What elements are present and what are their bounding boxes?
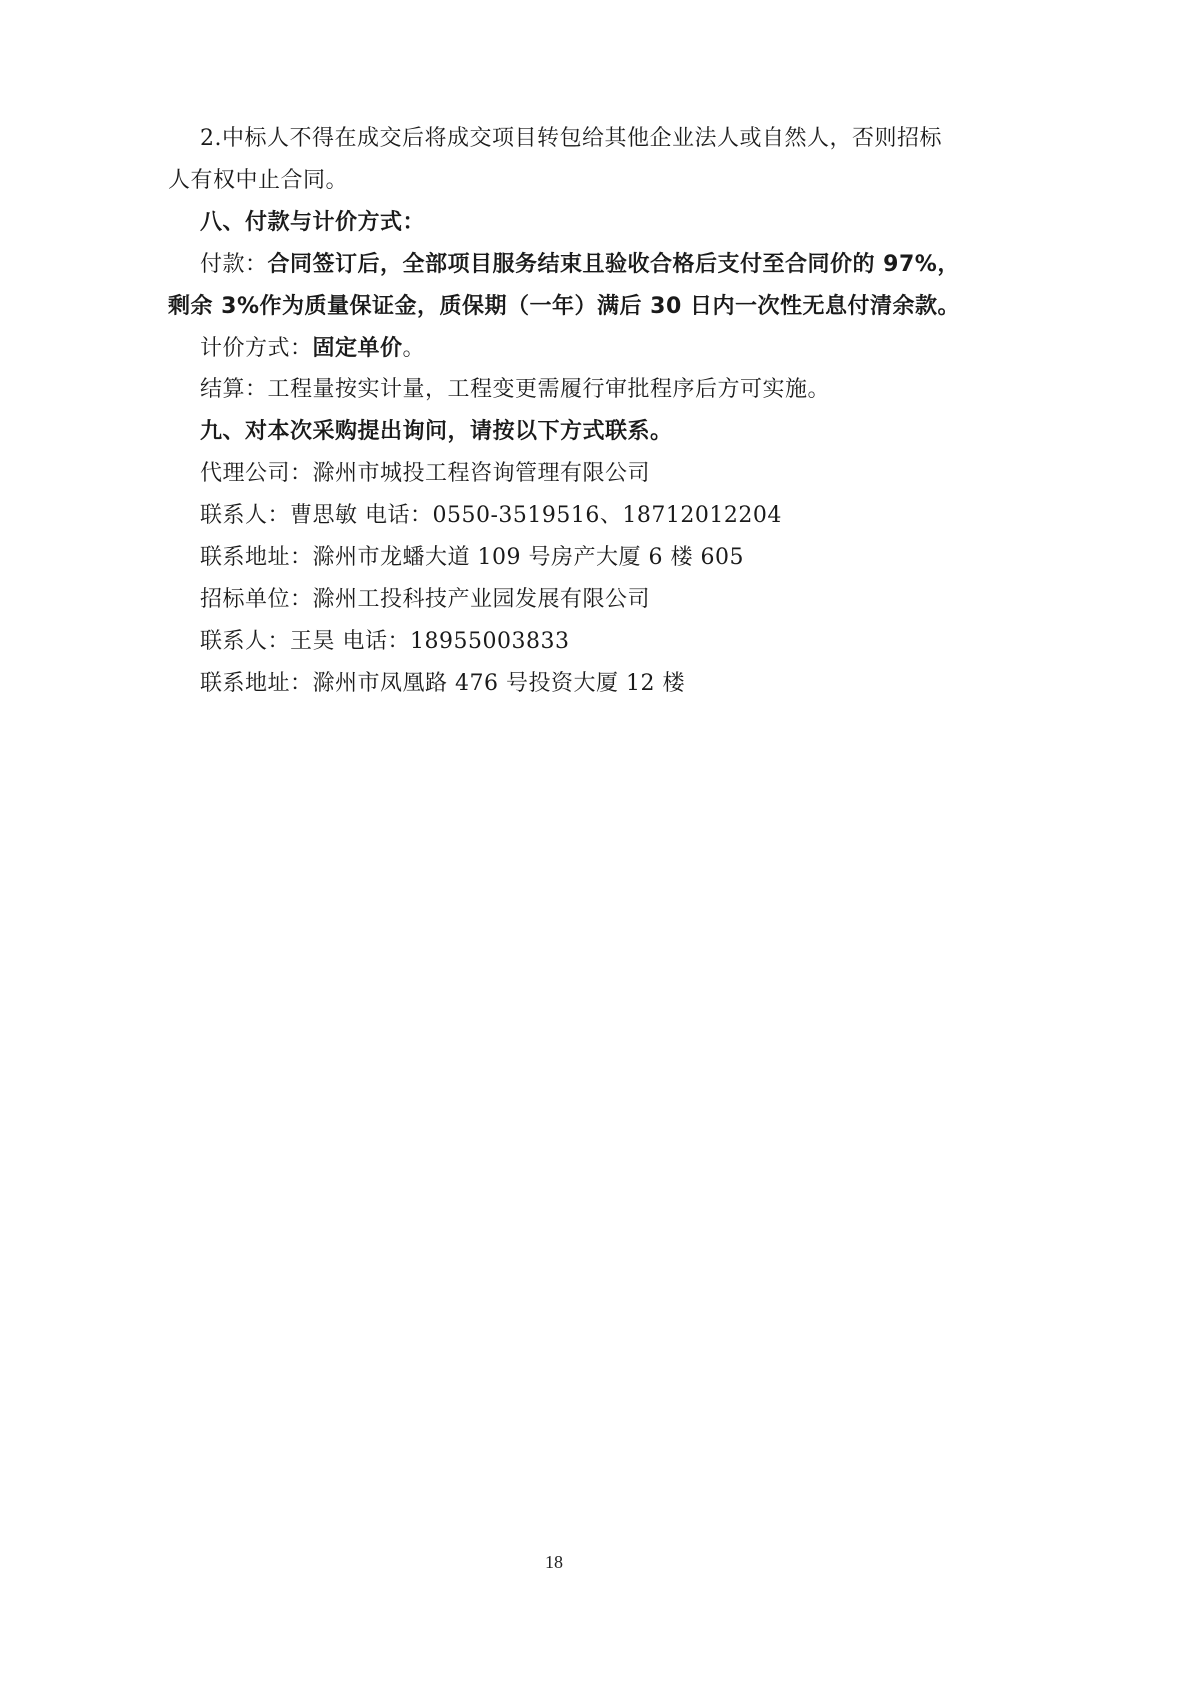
pricing-end: 。 bbox=[403, 336, 426, 361]
section-9-heading: 九、对本次采购提出询问，请按以下方式联系。 bbox=[200, 417, 673, 447]
agency-address: 联系地址：滁州市龙蟠大道 109 号房产大厦 6 楼 605 bbox=[200, 543, 744, 573]
page-number: 18 bbox=[0, 1552, 1108, 1573]
agency-company: 代理公司：滁州市城投工程咨询管理有限公司 bbox=[200, 459, 650, 489]
agency-contact: 联系人：曹思敏 电话：0550-3519516、18712012204 bbox=[200, 501, 782, 531]
tenderer-address: 联系地址：滁州市凤凰路 476 号投资大厦 12 楼 bbox=[200, 669, 685, 699]
payment-line-2: 剩余 3%作为质量保证金，质保期（一年）满后 30 日内一次性无息付清余款。 bbox=[168, 292, 960, 322]
pricing-method: 计价方式：固定单价。 bbox=[200, 334, 425, 364]
pricing-label: 计价方式： bbox=[200, 336, 313, 361]
document-page: 2.中标人不得在成交后将成交项目转包给其他企业法人或自然人，否则招标 人有权中止… bbox=[0, 0, 1199, 1696]
payment-terms: 合同签订后，全部项目服务结束且验收合格后支付至合同价的 97%， bbox=[268, 252, 960, 277]
tenderer-contact: 联系人：王昊 电话：18955003833 bbox=[200, 627, 569, 657]
pricing-value: 固定单价 bbox=[313, 336, 403, 361]
payment-label: 付款： bbox=[200, 252, 268, 277]
tenderer-unit: 招标单位：滁州工投科技产业园发展有限公司 bbox=[200, 585, 650, 615]
settlement: 结算：工程量按实计量，工程变更需履行审批程序后方可实施。 bbox=[200, 375, 830, 405]
section-8-heading: 八、付款与计价方式： bbox=[200, 208, 425, 238]
clause-2-line-2: 人有权中止合同。 bbox=[168, 166, 348, 196]
payment-line-1: 付款：合同签订后，全部项目服务结束且验收合格后支付至合同价的 97%， bbox=[200, 250, 960, 280]
clause-2-line-1: 2.中标人不得在成交后将成交项目转包给其他企业法人或自然人，否则招标 bbox=[200, 124, 942, 154]
